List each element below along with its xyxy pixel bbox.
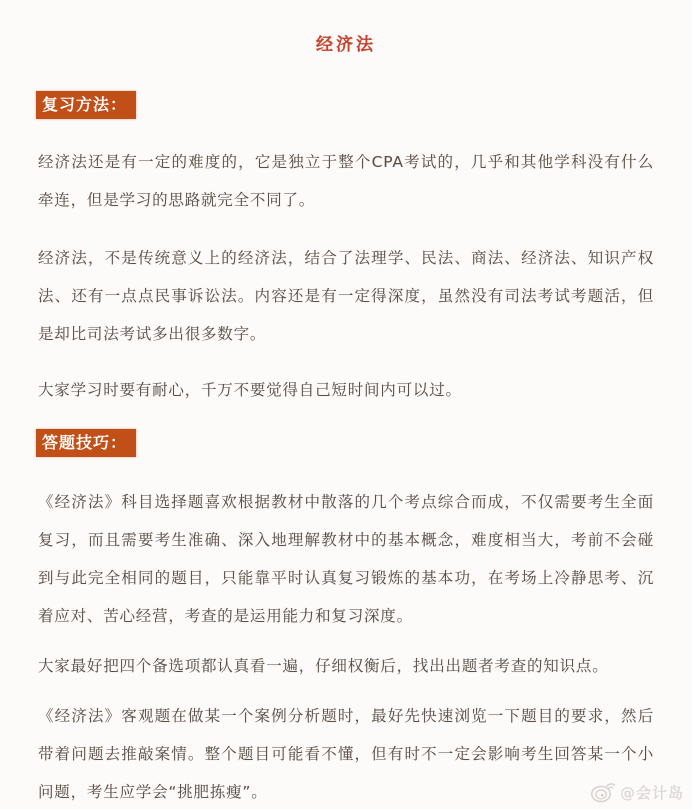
paragraph: 《经济法》科目选择题喜欢根据教材中散落的几个考点综合而成，不仅需要考生全面复习，… [38, 483, 654, 635]
section-review-method: 复习方法： [36, 91, 654, 119]
paragraph: 大家学习时要有耐心，千万不要觉得自己短时间内可以过。 [38, 371, 654, 409]
paragraph: 《经济法》客观题在做某一个案例分析题时，最好先快速浏览一下题目的要求，然后带着问… [38, 697, 654, 809]
weibo-logo-icon [590, 781, 616, 803]
paragraph: 大家最好把四个备选项都认真看一遍，仔细权衡后，找出出题者考查的知识点。 [38, 647, 654, 685]
section-heading-answer-tips: 答题技巧： [36, 429, 136, 457]
page-title: 经济法 [38, 30, 654, 55]
section-heading-review-method: 复习方法： [36, 91, 136, 119]
paragraph: 经济法还是有一定的难度的，它是独立于整个CPA考试的，几乎和其他学科没有什么牵连… [38, 143, 654, 219]
document-page: 经济法 复习方法： 经济法还是有一定的难度的，它是独立于整个CPA考试的，几乎和… [0, 0, 692, 809]
watermark: @会计岛 [590, 781, 684, 803]
section-answer-tips: 答题技巧： [36, 429, 654, 457]
watermark-label: @会计岛 [620, 782, 684, 803]
paragraph: 经济法，不是传统意义上的经济法，结合了法理学、民法、商法、经济法、知识产权法、还… [38, 239, 654, 353]
